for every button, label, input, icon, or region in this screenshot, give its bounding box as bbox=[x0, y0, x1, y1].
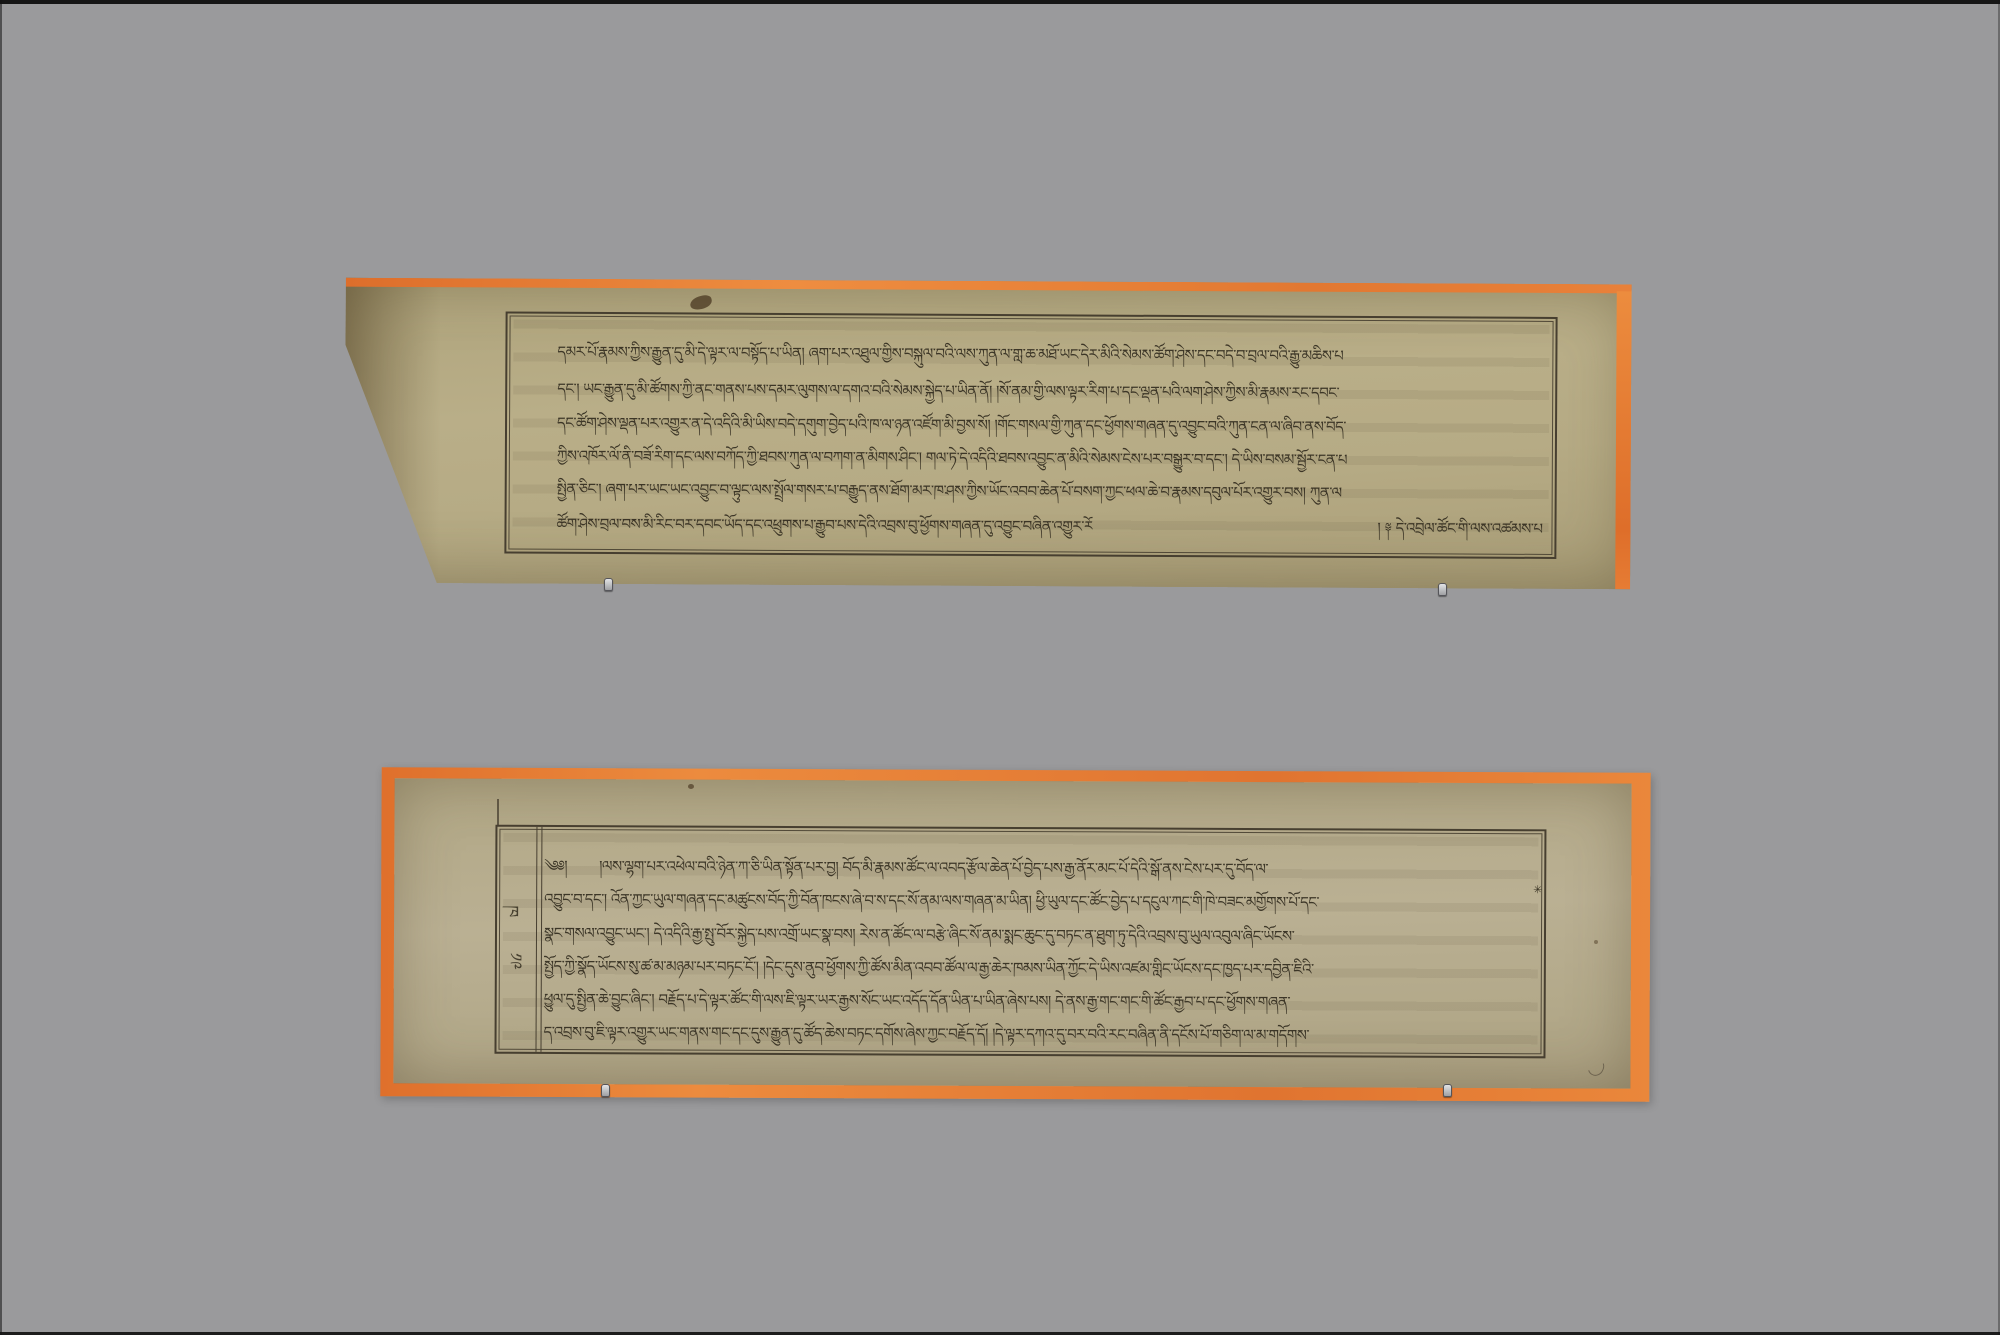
top-folio: དམར་པོ་རྣམས་ཀྱིས་རྒྱུན་དུ་མི་དེ་ལྟར་ལ་བས… bbox=[344, 278, 1632, 590]
top-folio-text-line-5: སྤྱིན་ཅིང་། ཞག་པར་ཡང་ཡང་འབྱུང་བ་ལྟུང་ལས་… bbox=[557, 474, 1547, 509]
top-folio-text-line-2: དང་། ཡང་རྒྱུན་དུ་མི་ཚོགས་ཀྱི་ནང་གནས་པས་ད… bbox=[557, 374, 1547, 409]
ink-stain bbox=[1594, 940, 1598, 944]
top-folio-orange-edge-right bbox=[1615, 291, 1632, 589]
bottom-folio-text-line-4: སྤྱོད་ཀྱི་སྣོད་ཡོངས་སུ་ཚ་མ་མཉམ་པར་བཏང་ངོ… bbox=[544, 951, 1536, 985]
support-pin bbox=[1438, 583, 1447, 596]
yig-mgo-opening-mark: ༄༅། bbox=[544, 857, 567, 875]
top-folio-text-line-1: དམར་པོ་རྣམས་ཀྱིས་རྒྱུན་དུ་མི་དེ་ལྟར་ལ་བས… bbox=[557, 337, 1547, 372]
bottom-folio-text-line-2: འབྱུང་བ་དང་། འོན་ཀྱང་ཡུལ་གཞན་དང་མཚུངས་བོ… bbox=[544, 884, 1536, 918]
support-pin bbox=[604, 578, 613, 591]
photo-border-top bbox=[0, 0, 2000, 4]
bottom-folio-text-line-6: ད་འབྲས་བུ་ཇི་ལྟར་འགྱུར་ཡང་གནས་གང་དང་དུས་… bbox=[544, 1017, 1536, 1051]
top-folio-line-6-start: ཚོག་ཤེས་བྲལ་བས་མི་རིང་བར་དབང་ཡོད་དང་འཕྲུ… bbox=[556, 509, 1092, 542]
bottom-folio-text-frame: ཁ ༡༩ ༄༅།།ལས་ལྷག་པར་འཕེལ་བའི་ཉེན་ཀ་ཅི་ཡིན… bbox=[494, 825, 1546, 1059]
bottom-folio: ཁ ༡༩ ༄༅།།ལས་ལྷག་པར་འཕེལ་བའི་ཉེན་ཀ་ཅི་ཡིན… bbox=[380, 767, 1650, 1102]
top-folio-left-shadow bbox=[344, 278, 441, 583]
photograph-of-tibetan-pecha-folios: དམར་པོ་རྣམས་ཀྱིས་རྒྱུན་དུ་མི་དེ་ལྟར་ལ་བས… bbox=[0, 0, 2000, 1335]
top-folio-text-line-6: ཚོག་ཤེས་བྲལ་བས་མི་རིང་བར་དབང་ཡོད་དང་འཕྲུ… bbox=[556, 509, 1546, 544]
photo-border-left bbox=[0, 0, 2, 1335]
top-folio-orange-edge-top bbox=[346, 278, 1632, 294]
bottom-folio-margin-volume-letter: ཁ bbox=[503, 905, 520, 917]
scribal-correction-mark: ✳ bbox=[1533, 883, 1542, 896]
bottom-folio-margin-divider bbox=[535, 827, 542, 1052]
support-pin bbox=[601, 1084, 610, 1097]
registration-tick-mark bbox=[497, 799, 499, 826]
top-folio-text-line-3: དང་ཚོག་ཤེས་ལྡན་པར་འགྱུར་ན་དེ་འདིའི་མི་ཡི… bbox=[557, 408, 1547, 443]
bottom-folio-margin-folio-number: ༡༩ bbox=[506, 953, 523, 970]
bottom-folio-text-line-5: ཕྱུལ་དུ་སྤྱིན་ཆེ་བྱུང་ཞིང་། བརྗོད་པ་དེ་ལ… bbox=[544, 984, 1536, 1018]
top-folio-line-6-section-end: ། ༈ དེ་འབྲེལ་ཚོང་གི་ལས་འཚམས་པ bbox=[1377, 513, 1542, 544]
bottom-folio-text-line-1: ༄༅།།ལས་ལྷག་པར་འཕེལ་བའི་ཉེན་ཀ་ཅི་ཡིན་སྟོན… bbox=[544, 851, 1536, 885]
bottom-folio-line-1-text: །ལས་ལྷག་པར་འཕེལ་བའི་ཉེན་ཀ་ཅི་ཡིན་སྟོན་པར… bbox=[599, 857, 1268, 878]
support-pin bbox=[1443, 1084, 1452, 1097]
top-folio-text-line-4: ཀྱིས་འཁོར་ལོ་ནི་བཟོ་རིག་དང་ལས་བཀོད་ཀྱི་ཐ… bbox=[557, 441, 1547, 476]
top-folio-text-frame: དམར་པོ་རྣམས་ཀྱིས་རྒྱུན་དུ་མི་དེ་ལྟར་ལ་བས… bbox=[504, 311, 1557, 559]
ink-stain bbox=[688, 784, 694, 789]
bottom-folio-text-line-3: སྣང་གསལ་འབྱུང་ཡང་། དེ་འདིའི་རྒྱ་སྤུ་བོར་… bbox=[544, 918, 1536, 952]
